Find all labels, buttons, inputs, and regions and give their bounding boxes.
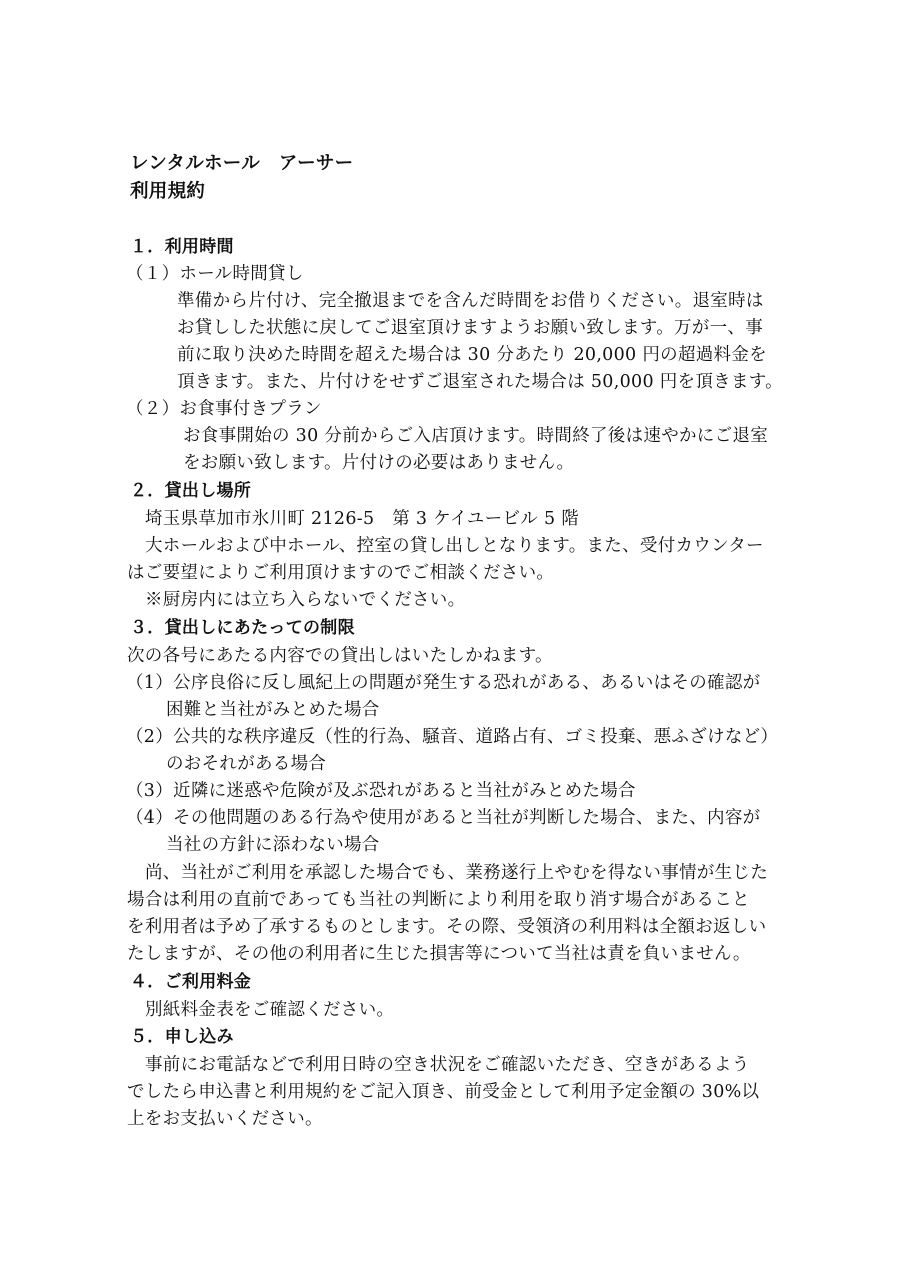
paragraph-line: 別紙料金表をご確認ください。 <box>145 996 394 1024</box>
paragraph-line: はご要望によりご利用頂けますのでご相談ください。 <box>127 559 554 587</box>
restriction-item-cont: 当社の方針に添わない場合 <box>166 831 380 859</box>
paragraph-line: 場合は利用の直前であっても当社の判断により利用を取り消す場合があること <box>127 886 750 914</box>
restriction-item: （4）その他問題のある行為や使用があると当社が判断した場合、また、内容が <box>126 804 760 832</box>
note-line: ※厨房内には立ち入らないでください。 <box>145 586 465 614</box>
section-2-heading: ２．貸出し場所 <box>130 477 251 505</box>
paragraph-line: でしたら申込書と利用規約をご記入頂き、前受金として利用予定金額の 30%以 <box>127 1078 759 1106</box>
paragraph-line: 上をお支払いください。 <box>127 1105 323 1133</box>
section-5-heading: ５．申し込み <box>130 1023 234 1051</box>
document-title: レンタルホール アーサー <box>130 150 353 178</box>
paragraph-line: 頂きます。また、片付けをせずご退室された場合は 50,000 円を頂きます。 <box>177 368 783 396</box>
address-line: 埼玉県草加市氷川町 2126-5 第 3 ケイユービル 5 階 <box>145 505 579 533</box>
paragraph-line: をお願い致します。片付けの必要はありません。 <box>183 449 574 477</box>
restriction-item: （1）公序良俗に反し風紀上の問題が発生する恐れがある、あるいはその確認が <box>126 669 760 697</box>
section-3-heading: ３．貸出しにあたっての制限 <box>130 614 355 642</box>
paragraph-line: を利用者は予め了承するものとします。その際、受領済の利用料は全額お返しい <box>127 913 766 941</box>
section-4-heading: ４．ご利用料金 <box>130 968 251 996</box>
paragraph-line: たしますが、その他の利用者に生じた損害等について当社は責を負いません。 <box>127 940 751 968</box>
section-3-intro: 次の各号にあたる内容での貸出しはいたしかねます。 <box>127 642 553 670</box>
document-subtitle: 利用規約 <box>130 178 205 206</box>
paragraph-line: 前に取り決めた時間を超えた場合は 30 分あたり 20,000 円の超過料金を <box>177 341 767 369</box>
paragraph-line: 事前にお電話などで利用日時の空き状況をご確認いただき、空きがあるよう <box>145 1051 750 1079</box>
paragraph-line: 尚、当社がご利用を承認した場合でも、業務遂行上やむを得ない事情が生じた <box>145 859 768 887</box>
paragraph-line: お貸しした状態に戻してご退室頂けますようお願い致します。万が一、事 <box>177 314 763 342</box>
section-1-sub2-label: （２）お食事付きプラン <box>126 395 322 423</box>
restriction-item: （3）近隣に迷惑や危険が及ぶ恐れがあると当社がみとめた場合 <box>126 777 636 805</box>
restriction-item-cont: のおそれがある場合 <box>166 750 326 778</box>
paragraph-line: 準備から片付け、完全撤退までを含んだ時間をお借りください。退室時は <box>177 287 764 315</box>
paragraph-line: お食事開始の 30 分前からご入店頂けます。時間終了後は速やかにご退室 <box>183 422 768 450</box>
paragraph-line: 大ホールおよび中ホール、控室の貸し出しとなります。また、受付カウンター <box>145 532 764 560</box>
restriction-item: （2）公共的な秩序違反（性的行為、騒音、道路占有、ゴミ投棄、悪ふざけなど） <box>126 723 778 751</box>
section-1-sub1-label: （１）ホール時間貸し <box>126 260 304 288</box>
section-1-heading: １．利用時間 <box>130 233 234 261</box>
restriction-item-cont: 困難と当社がみとめた場合 <box>166 696 380 724</box>
